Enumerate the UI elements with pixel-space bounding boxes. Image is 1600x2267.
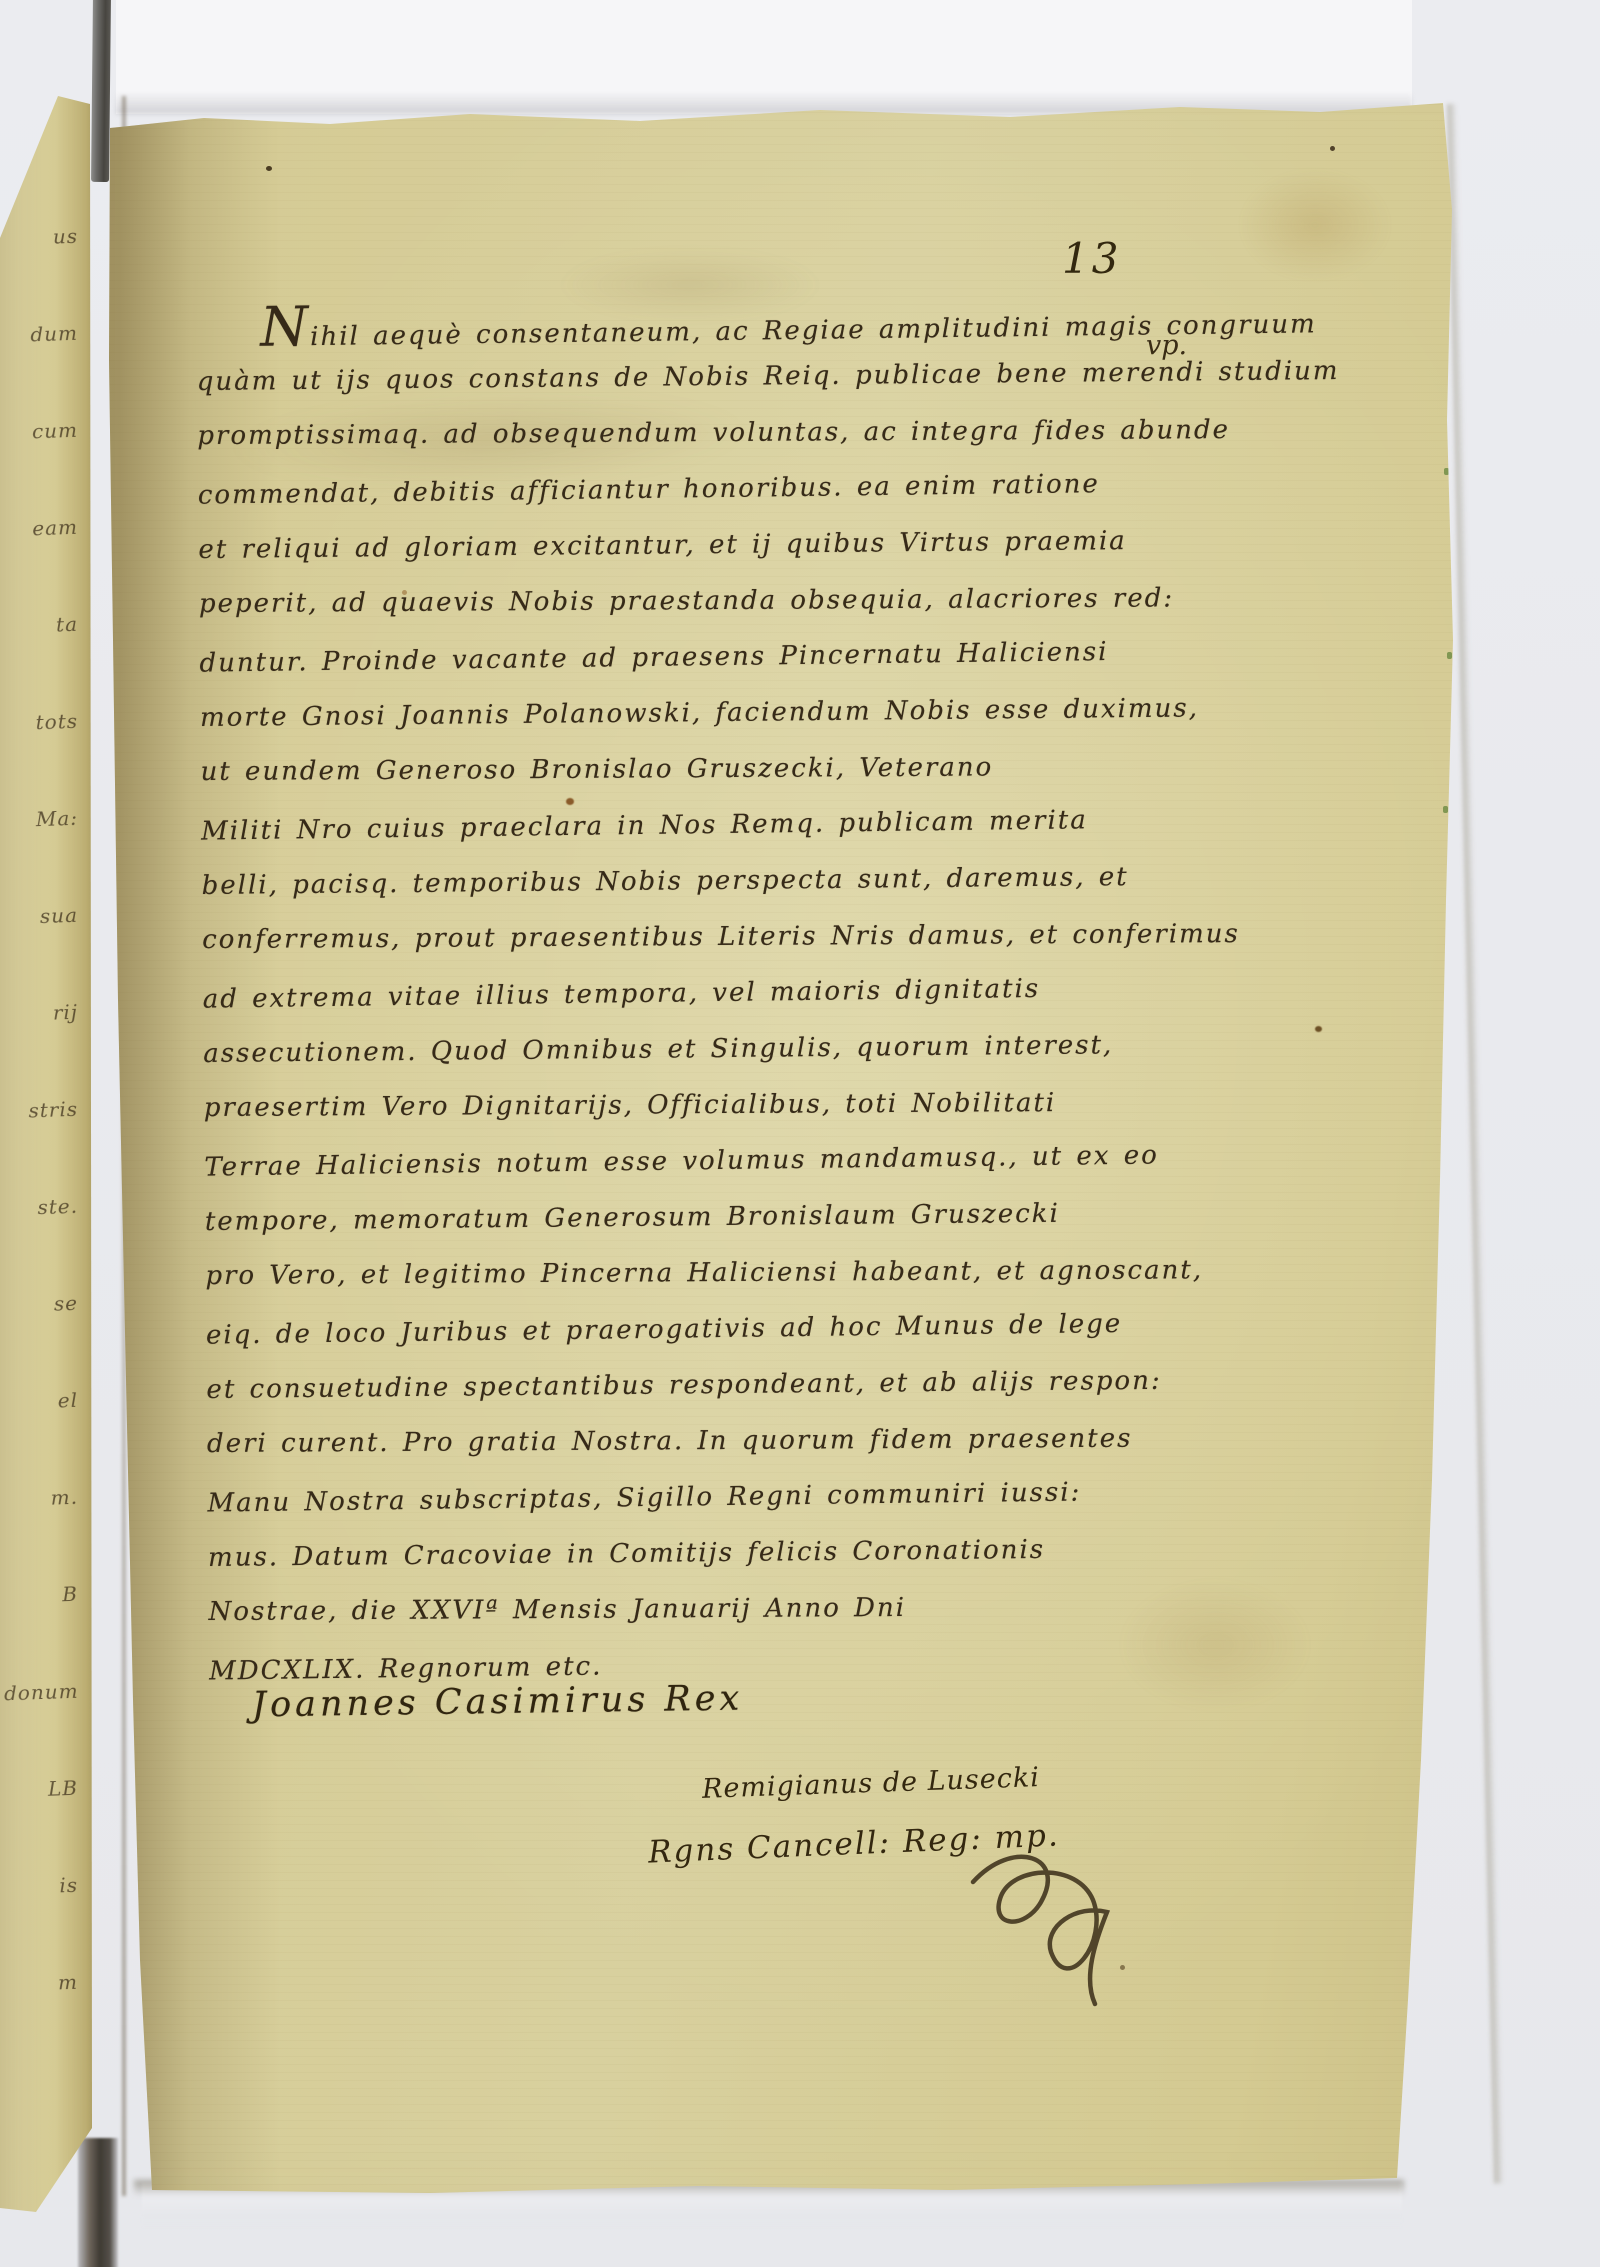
manuscript-line: praesertim Vero Dignitarijs, Officialibu…	[204, 1074, 1234, 1136]
manuscript-line: deri curent. Pro gratia Nostra. In quoru…	[207, 1410, 1237, 1472]
ink-showthrough-smudge	[228, 383, 751, 497]
fore-edge-green-fleck	[1446, 1054, 1451, 1061]
paper-stain	[1120, 1580, 1310, 1710]
facing-page-text-fragment: el	[4, 1388, 79, 1415]
rust-speck	[1315, 1026, 1322, 1032]
manuscript-line: tempore, memoratum Generosum Bronislaum …	[205, 1184, 1235, 1250]
manuscript-line: Militi Nro cuius praeclara in Nos Remq. …	[201, 790, 1232, 859]
ink-speck	[266, 166, 272, 171]
manuscript-line: et reliqui ad gloriam excitantur, et ij …	[198, 512, 1228, 578]
binding-rod-bottom	[78, 2138, 118, 2267]
manuscript-line: eiq. de loco Juribus et praerogativis ad…	[206, 1294, 1237, 1363]
fore-edge-green-fleck	[1441, 1244, 1446, 1251]
manuscript-line: ad extrema vitae illius tempora, vel mai…	[202, 958, 1233, 1027]
facing-page-text-fragment: se	[4, 1291, 79, 1318]
manuscript-line: promptissimaq. ad obsequendum voluntas, …	[197, 402, 1227, 464]
manuscript-line: commendat, debitis afficiantur honoribus…	[198, 454, 1229, 523]
facing-page-text-fragment: ste.	[4, 1194, 79, 1221]
fore-edge-green-fleck	[1443, 806, 1448, 813]
manuscript-line: Nostrae, die XXVIª Mensis Januarij Anno …	[208, 1578, 1238, 1640]
rust-speck	[402, 590, 407, 595]
manuscript-scan: usdumcumeamtatotsMa:suarijstrisste.seelm…	[0, 0, 1600, 2267]
facing-page-text-fragment: LB	[4, 1776, 79, 1803]
facing-page-text-fragment: sua	[4, 903, 79, 930]
facing-page-text-fragment: tots	[4, 709, 79, 736]
page-right-shadow	[1447, 104, 1504, 2184]
facing-page-text-fragment: donum	[4, 1679, 79, 1706]
fore-edge-green-fleck	[1447, 652, 1452, 659]
manuscript-line: mus. Datum Cracoviae in Comitijs felicis…	[208, 1520, 1238, 1586]
facing-page-text-fragment: rij	[4, 1000, 79, 1027]
ink-speck	[1330, 146, 1335, 151]
binding-rod-top	[91, 0, 111, 182]
manuscript-line: Terrae Haliciensis notum esse volumus ma…	[204, 1126, 1235, 1195]
margin-notation: vp.	[1146, 330, 1187, 361]
manuscript-line: Nihil aequè consentaneum, ac Regiae ampl…	[196, 286, 1227, 355]
paper-stain	[1240, 170, 1390, 280]
folio-number: 13	[1062, 234, 1121, 283]
facing-page-text-fragment: us	[4, 224, 79, 251]
facing-page-text-fragment: eam	[4, 515, 79, 542]
rust-speck	[566, 798, 574, 805]
facing-page-text-fragment: Ma:	[4, 806, 79, 833]
chancery-countersignature-name: Remigianus de Lusecki	[702, 1762, 1041, 1805]
manuscript-line: ut eundem Generoso Bronislao Gruszecki, …	[200, 738, 1230, 800]
facing-page-text-fragment: dum	[4, 321, 79, 348]
manuscript-line: quàm ut ijs quos constans de Nobis Reiq.…	[197, 344, 1227, 410]
manuscript-line: peperit, ad quaevis Nobis praestanda obs…	[199, 570, 1229, 632]
royal-signature: Joannes Casimirus Rex	[252, 1679, 744, 1726]
facing-page-edge: usdumcumeamtatotsMa:suarijstrisste.seelm…	[0, 0, 100, 2267]
ink-speck	[1120, 1965, 1125, 1970]
manuscript-line: Manu Nostra subscriptas, Sigillo Regni c…	[207, 1462, 1238, 1531]
facing-page-text-fragment: m	[4, 1970, 79, 1997]
manuscript-text-block: Nihil aequè consentaneum, ac Regiae ampl…	[196, 288, 1239, 1698]
manuscript-page: 13 vp. Nihil aequè consentaneum, ac Regi…	[0, 0, 1600, 2267]
facing-page-fragments: usdumcumeamtatotsMa:suarijstrisste.seelm…	[4, 225, 78, 1995]
facing-page-text-fragment: m.	[4, 1485, 79, 1512]
facing-page-text-fragment: cum	[4, 418, 79, 445]
manuscript-line: duntur. Proinde vacante ad praesens Pinc…	[199, 622, 1230, 691]
chancery-countersignature-title: Rgns Cancell: Reg: mp.	[647, 1817, 1060, 1870]
manuscript-line: MDCXLIX. Regnorum etc.	[209, 1630, 1240, 1699]
fore-edge-green-fleck	[1444, 468, 1449, 475]
facing-page-text-fragment: B	[4, 1582, 79, 1609]
manuscript-line: pro Vero, et legitimo Pincerna Haliciens…	[205, 1242, 1235, 1304]
signature-paraph-icon	[940, 1846, 1170, 2016]
ink-showthrough-smudge	[560, 250, 820, 320]
manuscript-line: conferremus, prout praesentibus Literis …	[202, 906, 1232, 968]
facing-page-text-fragment: ta	[4, 612, 79, 639]
manuscript-line: morte Gnosi Joannis Polanowski, faciendu…	[200, 680, 1230, 746]
manuscript-line: belli, pacisq. temporibus Nobis perspect…	[201, 848, 1231, 914]
facing-page-text-fragment: stris	[4, 1097, 79, 1124]
manuscript-line: assecutionem. Quod Omnibus et Singulis, …	[203, 1016, 1233, 1082]
manuscript-line: et consuetudine spectantibus respondeant…	[206, 1352, 1236, 1418]
facing-page-text-fragment: is	[4, 1873, 79, 1900]
